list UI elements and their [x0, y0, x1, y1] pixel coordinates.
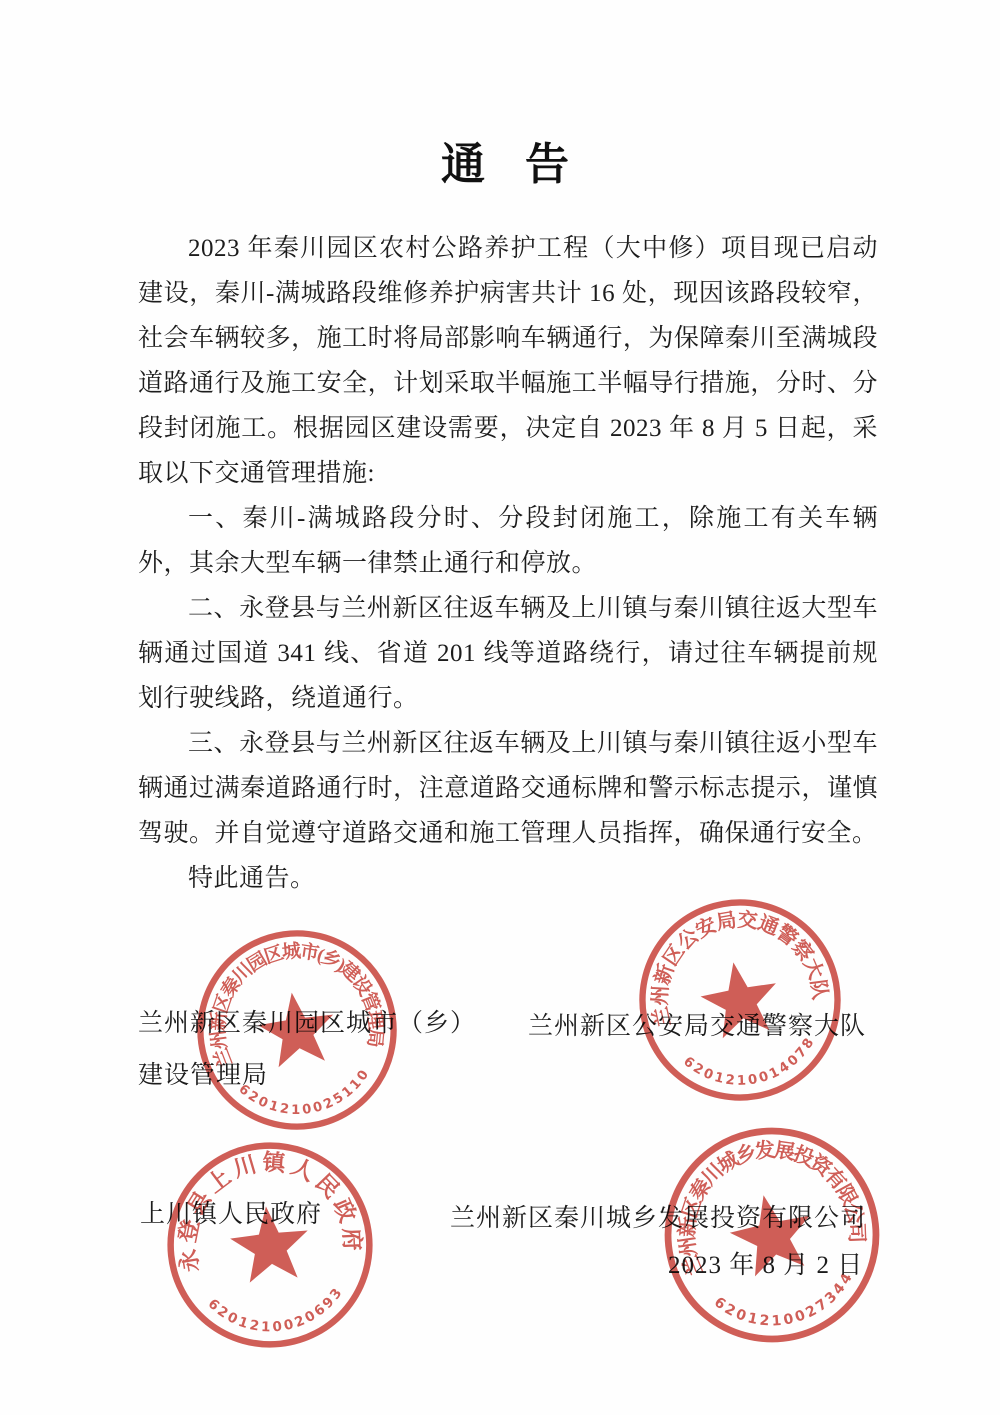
- official-seal-traffic-police: 兰州新区公安局交通警察大队 6201210014078: [617, 877, 863, 1123]
- official-seal-investment-company: 兰州新区秦川城乡发展投资有限公司 6201210027344: [638, 1101, 906, 1369]
- star-icon: [254, 987, 339, 1069]
- official-seal-construction-bureau: 兰州新区秦川园区城市(乡)建设管理局 6201210025110: [178, 911, 415, 1148]
- paragraph-intro: 2023 年秦川园区农村公路养护工程（大中修）项目现已启动建设，秦川-满城路段维…: [138, 226, 878, 496]
- paragraph-item-2: 二、永登县与兰州新区往返车辆及上川镇与秦川镇往返大型车辆通过国道 341 线、省…: [138, 586, 878, 721]
- paragraph-item-1: 一、秦川-满城路段分时、分段封闭施工，除施工有关车辆外，其余大型车辆一律禁止通行…: [138, 496, 878, 586]
- notice-text: 2023 年秦川园区农村公路养护工程（大中修）项目现已启动建设，秦川-满城路段维…: [138, 226, 878, 901]
- star-icon: [724, 1187, 820, 1280]
- paragraph-item-3: 三、永登县与兰州新区往返车辆及上川镇与秦川镇往返小型车辆通过满秦道路通行时，注意…: [138, 721, 878, 856]
- official-seal-town-government: 永登县上川镇人民政府 6201210020693: [151, 1126, 388, 1363]
- document-title: 通 告: [138, 128, 878, 192]
- star-icon: [696, 956, 784, 1041]
- star-icon: [227, 1202, 312, 1284]
- notice-document-page: 通 告 2023 年秦川园区农村公路养护工程（大中修）项目现已启动建设，秦川-满…: [0, 0, 1000, 1415]
- document-body: 通 告 2023 年秦川园区农村公路养护工程（大中修）项目现已启动建设，秦川-满…: [138, 128, 878, 901]
